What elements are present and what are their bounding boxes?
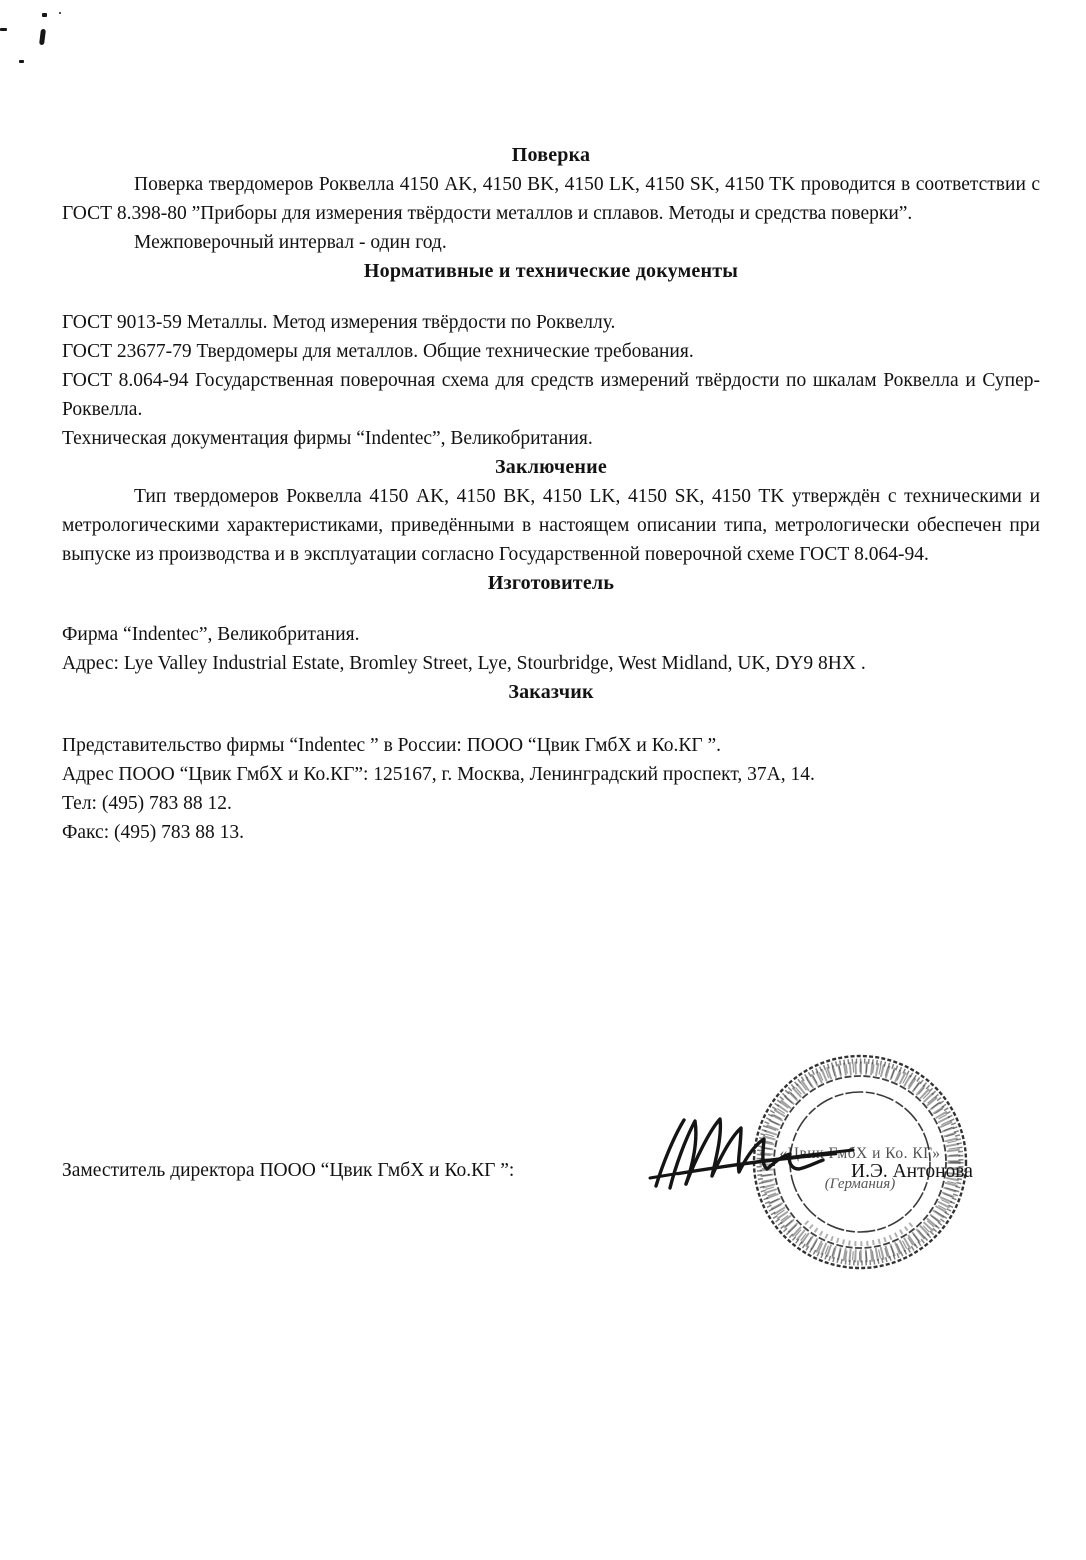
scan-artifact — [39, 29, 46, 45]
customer-info: Представительство фирмы “Indentec ” в Ро… — [62, 731, 1040, 847]
verification-paragraph: Поверка твердомеров Роквелла 4150 AK, 41… — [62, 170, 1040, 228]
manufacturer-info: Фирма “Indentec”, Великобритания. Адрес:… — [62, 620, 1040, 678]
scanned-document-page: Поверка Поверка твердомеров Роквелла 415… — [0, 0, 1086, 1560]
signer-name: И.Э. Антонова — [851, 1157, 973, 1186]
scan-artifact — [0, 28, 7, 31]
section-heading-customer: Заказчик — [62, 678, 1040, 707]
manufacturer-firm-line: Фирма “Indentec”, Великобритания. — [62, 620, 1040, 649]
scan-artifact — [19, 60, 24, 63]
verification-interval-line: Межповерочный интервал - один год. — [62, 228, 1040, 257]
normative-doc-line: ГОСТ 23677-79 Твердомеры для металлов. О… — [62, 337, 1040, 366]
customer-phone-line: Тел: (495) 783 88 12. — [62, 789, 1040, 818]
scan-artifact — [59, 12, 61, 14]
customer-address-line: Адрес ПООО “Цвик ГмбХ и Ко.КГ”: 125167, … — [62, 760, 1040, 789]
manufacturer-address-line: Адрес: Lye Valley Industrial Estate, Bro… — [62, 649, 1040, 678]
customer-representative-line: Представительство фирмы “Indentec ” в Ро… — [62, 731, 1040, 760]
normative-doc-line: Техническая документация фирмы “Indentec… — [62, 424, 1040, 453]
signature-label: Заместитель директора ПООО “Цвик ГмбХ и … — [62, 1156, 514, 1185]
conclusion-paragraph: Тип твердомеров Роквелла 4150 AK, 4150 B… — [62, 482, 1040, 569]
section-heading-normative-docs: Нормативные и технические документы — [62, 257, 1040, 286]
handwritten-signature — [648, 1108, 898, 1203]
normative-doc-line: ГОСТ 8.064-94 Государственная поверочная… — [62, 366, 1040, 424]
normative-doc-line: ГОСТ 9013-59 Металлы. Метод измерения тв… — [62, 308, 1040, 337]
scan-artifact — [42, 13, 47, 17]
section-heading-manufacturer: Изготовитель — [62, 569, 1040, 598]
section-heading-conclusion: Заключение — [62, 453, 1040, 482]
document-body: Поверка Поверка твердомеров Роквелла 415… — [62, 141, 1040, 847]
normative-docs-list: ГОСТ 9013-59 Металлы. Метод измерения тв… — [62, 308, 1040, 453]
customer-fax-line: Факс: (495) 783 88 13. — [62, 818, 1040, 847]
section-heading-verification: Поверка — [62, 141, 1040, 170]
